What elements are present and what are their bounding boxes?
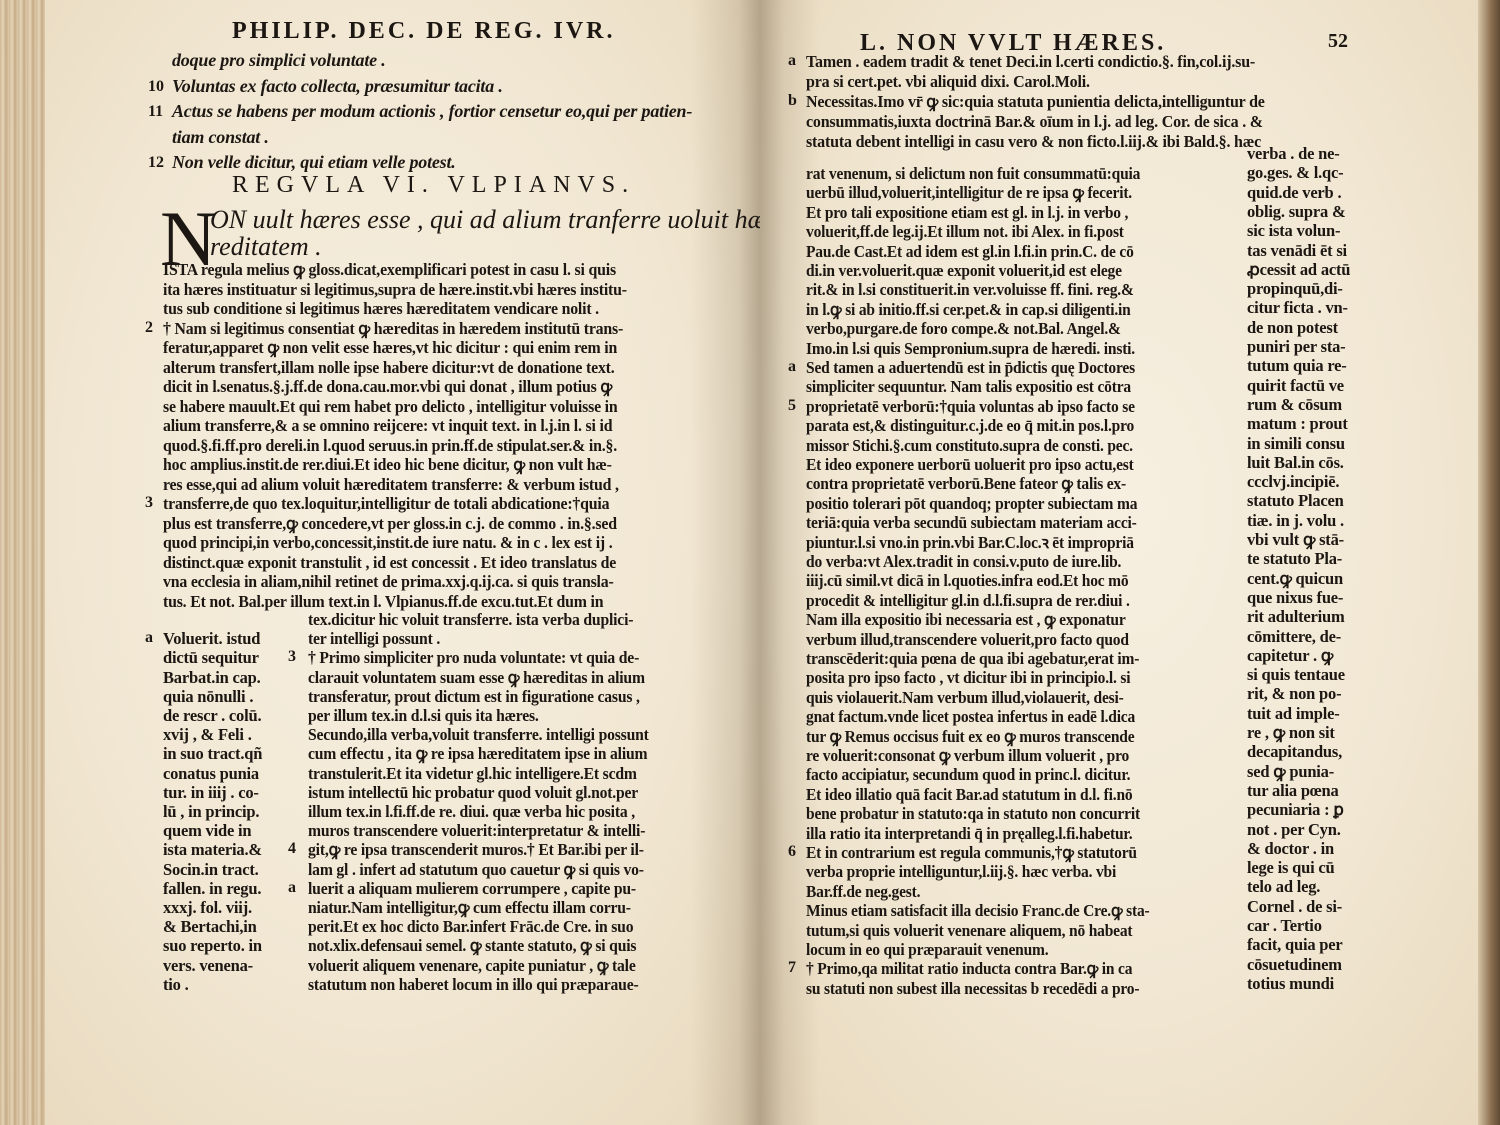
- text-line: verbo,purgare.de foro compe.& not.Bal. A…: [806, 319, 1121, 339]
- text-line: verbum illud,transcendere voluerit,pro f…: [806, 630, 1129, 650]
- text-line: se habere mauult.Et qui rem habet pro de…: [163, 397, 618, 417]
- side-note-line: de non potest: [1247, 318, 1338, 338]
- paragraph-number: 2: [145, 319, 153, 337]
- text-line: ita hæres instituatur si legitimus,supra…: [163, 280, 627, 300]
- side-note-line: car . Tertio: [1247, 916, 1322, 936]
- side-note-line: te statuto Pla-: [1247, 549, 1342, 569]
- side-note-line: si quis tentaue: [1247, 665, 1345, 685]
- text-line: Nam illa expositio ibi necessaria est , …: [806, 610, 1126, 630]
- side-note-line: cent.ꝙ quicun: [1247, 569, 1343, 589]
- margin-note-line: quem vide in: [163, 821, 251, 841]
- text-line: res esse,qui ad alium voluit hæreditatem…: [163, 475, 619, 495]
- side-note-line: sed ꝙ punia-: [1247, 762, 1334, 782]
- side-note-line: Cornel . de si-: [1247, 897, 1342, 917]
- side-note-line: luit Bal.in cōs.: [1247, 453, 1344, 473]
- text-line: Pau.de Cast.Et ad idem est gl.in l.fi.in…: [806, 242, 1134, 262]
- side-note-line: quid.de verb .: [1247, 183, 1341, 203]
- text-line: proprietatē verborū:†quia voluntas ab ip…: [806, 397, 1135, 417]
- text-line: ISTA regula melius ꝙ gloss.dicat,exempli…: [163, 260, 616, 280]
- text-line: illa ratio ita interpretandi q̄ in pręal…: [806, 824, 1132, 844]
- paragraph-number: 5: [788, 397, 796, 415]
- text-line: † Nam si legitimus consentiat ꝙ hæredita…: [163, 319, 623, 339]
- side-note-line: & doctor . in: [1247, 839, 1334, 859]
- margin-note-line: vers. venena-: [163, 956, 253, 976]
- text-line: cum effectu , ita ꝙ re ipsa hæreditatem …: [308, 744, 647, 764]
- text-line: ter intelligi possunt .: [308, 629, 440, 649]
- text-line: verba proprie intelliguntur,l.iij.§. hæc…: [806, 862, 1116, 882]
- text-line: facto accipiatur, secundum quod in princ…: [806, 765, 1130, 785]
- text-line: alium transferre,& a se omnino reijcere:…: [163, 416, 612, 436]
- side-note-line: in simili consu: [1247, 434, 1345, 454]
- text-line: Secundo,illa verba,voluit transferre. in…: [308, 725, 649, 745]
- side-note-line: tuit ad imple-: [1247, 704, 1340, 724]
- text-line: not.xlix.defensaui semel. ꝙ stante statu…: [308, 936, 636, 956]
- margin-note-line: Socin.in tract.: [163, 860, 259, 880]
- summary-line: Non velle dicitur, qui etiam velle potes…: [172, 152, 456, 172]
- side-note-line: sic ista volun-: [1247, 221, 1340, 241]
- text-line: feratur,apparet ꝙ non velit esse hæres,v…: [163, 338, 617, 358]
- rule-text-line-1: ON uult hæres esse , qui ad alium tranfe…: [210, 205, 774, 235]
- text-line: uerbū illud,voluerit,intelligitur de re …: [806, 183, 1132, 203]
- text-line: transcēderit:quia pœna de qua ibi agebat…: [806, 649, 1139, 669]
- margin-note-line: de rescr . colū.: [163, 706, 261, 726]
- gutter-shadow-left: [690, 0, 760, 1125]
- margin-note-line: fallen. in regu.: [163, 879, 261, 899]
- side-note-line: pecuniaria : ꝑ: [1247, 800, 1344, 820]
- text-line: su statuti non subest illa necessitas b …: [806, 979, 1139, 999]
- text-line: positio tolerari pōt quandoq; propter su…: [806, 494, 1137, 514]
- text-line: do verba:vt Alex.tradit in consi.v.puto …: [806, 552, 1121, 572]
- side-note-line: statuto Placen: [1247, 491, 1344, 511]
- margin-note-line: Barbat.in cap.: [163, 668, 261, 688]
- side-note-line: rit, & non po-: [1247, 684, 1341, 704]
- text-line: transtulerit.Et ita videtur gl.hic intel…: [308, 764, 637, 784]
- side-note-line: facit, quia per: [1247, 935, 1343, 955]
- side-note-line: ꝓcessit ad actū: [1247, 260, 1350, 280]
- side-note-line: tutum quia re-: [1247, 356, 1347, 376]
- text-line: in l.ꝙ si ab initio.ff.si cer.pet.& in c…: [806, 300, 1131, 320]
- side-note-line: quirit factū ve: [1247, 376, 1344, 396]
- text-line: distinct.quæ exponit transtulit , id est…: [163, 553, 616, 573]
- side-note-line: cōsuetudinem: [1247, 955, 1342, 975]
- text-line: tus. Et not. Bal.per illum text.in l. Vl…: [163, 592, 603, 612]
- text-line: missor Stichi.§.cum constituto.supra de …: [806, 436, 1133, 456]
- text-line: alterum transfert,illam nolle ipse haber…: [163, 358, 615, 378]
- side-note-line: tiæ. in j. volu .: [1247, 511, 1344, 531]
- margin-note-line: dictū sequitur: [163, 648, 259, 668]
- side-note-line: que nixus fue-: [1247, 588, 1343, 608]
- text-line: parata est,& distinguitur.c.j.de eo q̄ m…: [806, 416, 1134, 436]
- summary-number: 11: [148, 103, 163, 121]
- side-note-line: propinquū,di-: [1247, 279, 1343, 299]
- paragraph-number: a: [288, 879, 296, 897]
- side-note-line: matum : prout: [1247, 414, 1348, 434]
- text-line: istum intellectū hic probatur quod volui…: [308, 783, 638, 803]
- page-edges-left: [0, 0, 45, 1125]
- text-line: luerit a aliquam mulierem corrumpere , c…: [308, 879, 636, 899]
- left-page: PHILIP. DEC. DE REG. IVR. doque pro simp…: [0, 0, 760, 1125]
- side-note-line: capitetur . ꝙ: [1247, 646, 1333, 666]
- paragraph-number: 7: [788, 959, 796, 977]
- note-line: consummatis,iuxta doctrinā Bar.& oīum in…: [806, 112, 1263, 132]
- text-line: per illum tex.in d.l.si quis ita hæres.: [308, 706, 539, 726]
- folio-number: 52: [1328, 30, 1348, 53]
- text-line: git,ꝙ re ipsa transcenderit muros.† Et B…: [308, 840, 644, 860]
- margin-note-line: Voluerit. istud: [163, 629, 260, 649]
- text-line: di.in ver.voluerit.quæ exponit voluerit,…: [806, 261, 1122, 281]
- margin-note-line: conatus punia: [163, 764, 259, 784]
- side-note-line: rum & cōsum: [1247, 395, 1342, 415]
- text-line: piuntur.l.si vno.in prin.vbi Bar.C.loc.ꝛ…: [806, 533, 1134, 553]
- page-edges-right: [1478, 0, 1500, 1125]
- text-line: niatur.Nam intelligitur,ꝙ cum effectu il…: [308, 898, 631, 918]
- side-note-line: tur alia pœna: [1247, 781, 1339, 801]
- text-line: simpliciter sequuntur. Nam talis exposit…: [806, 377, 1131, 397]
- side-note-line: cōmittere, de-: [1247, 627, 1341, 647]
- note-marker: a: [145, 629, 153, 647]
- side-note-line: decapitandus,: [1247, 742, 1342, 762]
- side-note-line: verba . de ne-: [1247, 144, 1340, 164]
- text-line: † Primo,qa militat ratio inducta contra …: [806, 959, 1132, 979]
- side-note-line: rit adulterium: [1247, 607, 1345, 627]
- text-line: locum in eo qui præparauit venenum.: [806, 940, 1048, 960]
- text-line: tutum,si quis voluerit venenare aliquem,…: [806, 921, 1132, 941]
- text-line: tur ꝙ Remus occisus fuit ex eo ꝙ muros t…: [806, 727, 1134, 747]
- right-page: L. NON VVLT HÆRES. 52 aTamen . eadem tra…: [760, 0, 1500, 1125]
- text-line: re voluerit:consonat ꝙ verbum illum volu…: [806, 746, 1129, 766]
- side-note-line: re , ꝙ non sit: [1247, 723, 1335, 743]
- text-line: iiij.cū simil.vt dicā in l.quoties.infra…: [806, 571, 1128, 591]
- note-line: statuta debent intelligi in casu vero & …: [806, 132, 1261, 152]
- text-line: posita pro ipso facto , vt dicitur ibi i…: [806, 668, 1130, 688]
- text-line: tex.dicitur hic voluit transferre. ista …: [308, 610, 633, 630]
- margin-note-line: ista materia.&: [163, 840, 262, 860]
- summary-number: 12: [148, 154, 164, 172]
- margin-note-line: xxxj. fol. viij.: [163, 898, 252, 918]
- text-line: Et in contrarium est regula communis,†ꝙ …: [806, 843, 1137, 863]
- text-line: Imo.in l.si quis Sempronium.supra de hær…: [806, 339, 1135, 359]
- text-line: Bar.ff.de neg.gest.: [806, 882, 920, 902]
- text-line: † Primo simpliciter pro nuda voluntate: …: [308, 648, 639, 668]
- paragraph-number: 4: [288, 840, 296, 858]
- text-line: procedit & intelligitur gl.in d.l.fi.sup…: [806, 591, 1130, 611]
- side-note-line: tas venādi ēt si: [1247, 241, 1347, 261]
- side-note-line: ccclvj.incipiē.: [1247, 472, 1339, 492]
- summary-line: tiam constat .: [172, 127, 269, 147]
- note-marker: a: [788, 52, 796, 70]
- margin-note-line: xvij , & Feli .: [163, 725, 252, 745]
- rule-text-line-2: reditatem .: [210, 232, 322, 262]
- text-line: gnat factum.vnde licet postea infertus i…: [806, 707, 1135, 727]
- margin-note-line: & Bertachi,in: [163, 917, 257, 937]
- summary-line: doque pro simplici voluntate .: [172, 50, 386, 70]
- side-note-line: vbi vult ꝙ stā-: [1247, 530, 1344, 550]
- note-line: Necessitas.Imo vr̄ ꝙ sic:quia statuta pu…: [806, 92, 1265, 112]
- margin-note-line: in suo tract.qñ: [163, 744, 262, 764]
- summary-number: 10: [148, 78, 164, 96]
- margin-note-line: lū , in princip.: [163, 802, 259, 822]
- text-line: Minus etiam satisfacit illa decisio Fran…: [806, 901, 1149, 921]
- side-note-line: go.ges. & l.qc-: [1247, 163, 1343, 183]
- text-line: tus sub conditione si legitimus hæres hæ…: [163, 299, 599, 319]
- text-line: rat venenum, si delictum non fuit consum…: [806, 164, 1140, 184]
- book-spread: PHILIP. DEC. DE REG. IVR. doque pro simp…: [0, 0, 1500, 1125]
- text-line: perit.Et ex hoc dicto Bar.infert Frāc.de…: [308, 917, 633, 937]
- text-line: lam gl . infert ad statutum quo cauetur …: [308, 860, 644, 880]
- summary-line: Voluntas ex facto collecta, præsumitur t…: [172, 76, 503, 96]
- text-line: Sed tamen a aduertendū est in p̄dictis q…: [806, 358, 1135, 378]
- summary-line: Actus se habens per modum actionis , for…: [172, 101, 692, 121]
- text-line: clarauit voluntatem suam esse ꝙ hæredita…: [308, 668, 645, 688]
- text-line: Et ideo exponere uerborū uoluerit pro ip…: [806, 455, 1134, 475]
- note-marker: b: [788, 92, 797, 110]
- text-line: Et pro tali expositione etiam est gl. in…: [806, 203, 1128, 223]
- running-head-left: PHILIP. DEC. DE REG. IVR.: [232, 18, 616, 45]
- rule-title: REGVLA VI. VLPIANVS.: [232, 172, 635, 199]
- side-note-line: telo ad leg.: [1247, 877, 1320, 897]
- text-line: plus est transferre,ꝙ concedere,vt per g…: [163, 514, 617, 534]
- note-line: pra si cert.pet. vbi aliquid dixi. Carol…: [806, 72, 1090, 92]
- text-line: teriā:quia verba secundū subiectam mater…: [806, 513, 1137, 533]
- text-line: quis violauerit.Nam verbum illud,violaue…: [806, 688, 1124, 708]
- text-line: contra proprietatē verborū.Bene fateor ꝙ…: [806, 474, 1126, 494]
- text-line: muros transcendere voluerit:interpretatu…: [308, 821, 645, 841]
- text-line: rit.& in l.si constituerit.in ver.voluis…: [806, 280, 1134, 300]
- text-line: bene probatur in statuto:qa in statuto n…: [806, 804, 1140, 824]
- paragraph-number: 6: [788, 843, 796, 861]
- margin-note-line: tio .: [163, 975, 189, 995]
- text-line: voluerit aliquem venenare, capite puniat…: [308, 956, 636, 976]
- text-line: transferre,de quo tex.loquitur,intelligi…: [163, 494, 609, 514]
- side-note-line: not . per Cyn.: [1247, 820, 1341, 840]
- side-note-line: totius mundi: [1247, 974, 1334, 994]
- margin-note-line: quia nōnulli .: [163, 687, 253, 707]
- paragraph-number: a: [788, 358, 796, 376]
- text-line: vna ecclesia in aliam,nihil retinet de p…: [163, 572, 614, 592]
- side-note-line: puniri per sta-: [1247, 337, 1345, 357]
- side-note-line: oblig. supra &: [1247, 202, 1346, 222]
- side-note-line: citur ficta . vn-: [1247, 298, 1348, 318]
- text-line: hoc amplius.instit.de rer.diui.Et ideo h…: [163, 455, 612, 475]
- side-note-line: lege is qui cū: [1247, 858, 1335, 878]
- paragraph-number: 3: [145, 494, 153, 512]
- text-line: dicit in l.senatus.§.j.ff.de dona.cau.mo…: [163, 377, 612, 397]
- text-line: statutum non haberet locum in illo qui p…: [308, 975, 639, 995]
- text-line: illum tex.in l.fi.ff.de re. diui. quæ ve…: [308, 802, 635, 822]
- margin-note-line: suo reperto. in: [163, 936, 262, 956]
- text-line: transferatur, prout dictum est in figura…: [308, 687, 640, 707]
- text-line: quod.§.fi.ff.pro dereli.in l.quod seruus…: [163, 436, 617, 456]
- text-line: Et ideo illatio quā facit Bar.ad statutu…: [806, 785, 1132, 805]
- paragraph-number: 3: [288, 648, 296, 666]
- note-line: Tamen . eadem tradit & tenet Deci.in l.c…: [806, 52, 1255, 72]
- margin-note-line: tur. in iiij . co-: [163, 783, 259, 803]
- text-line: quod principi,in verbo,concessit,instit.…: [163, 533, 613, 553]
- text-line: voluerit,ff.de leg.ij.Et illum not. ibi …: [806, 222, 1124, 242]
